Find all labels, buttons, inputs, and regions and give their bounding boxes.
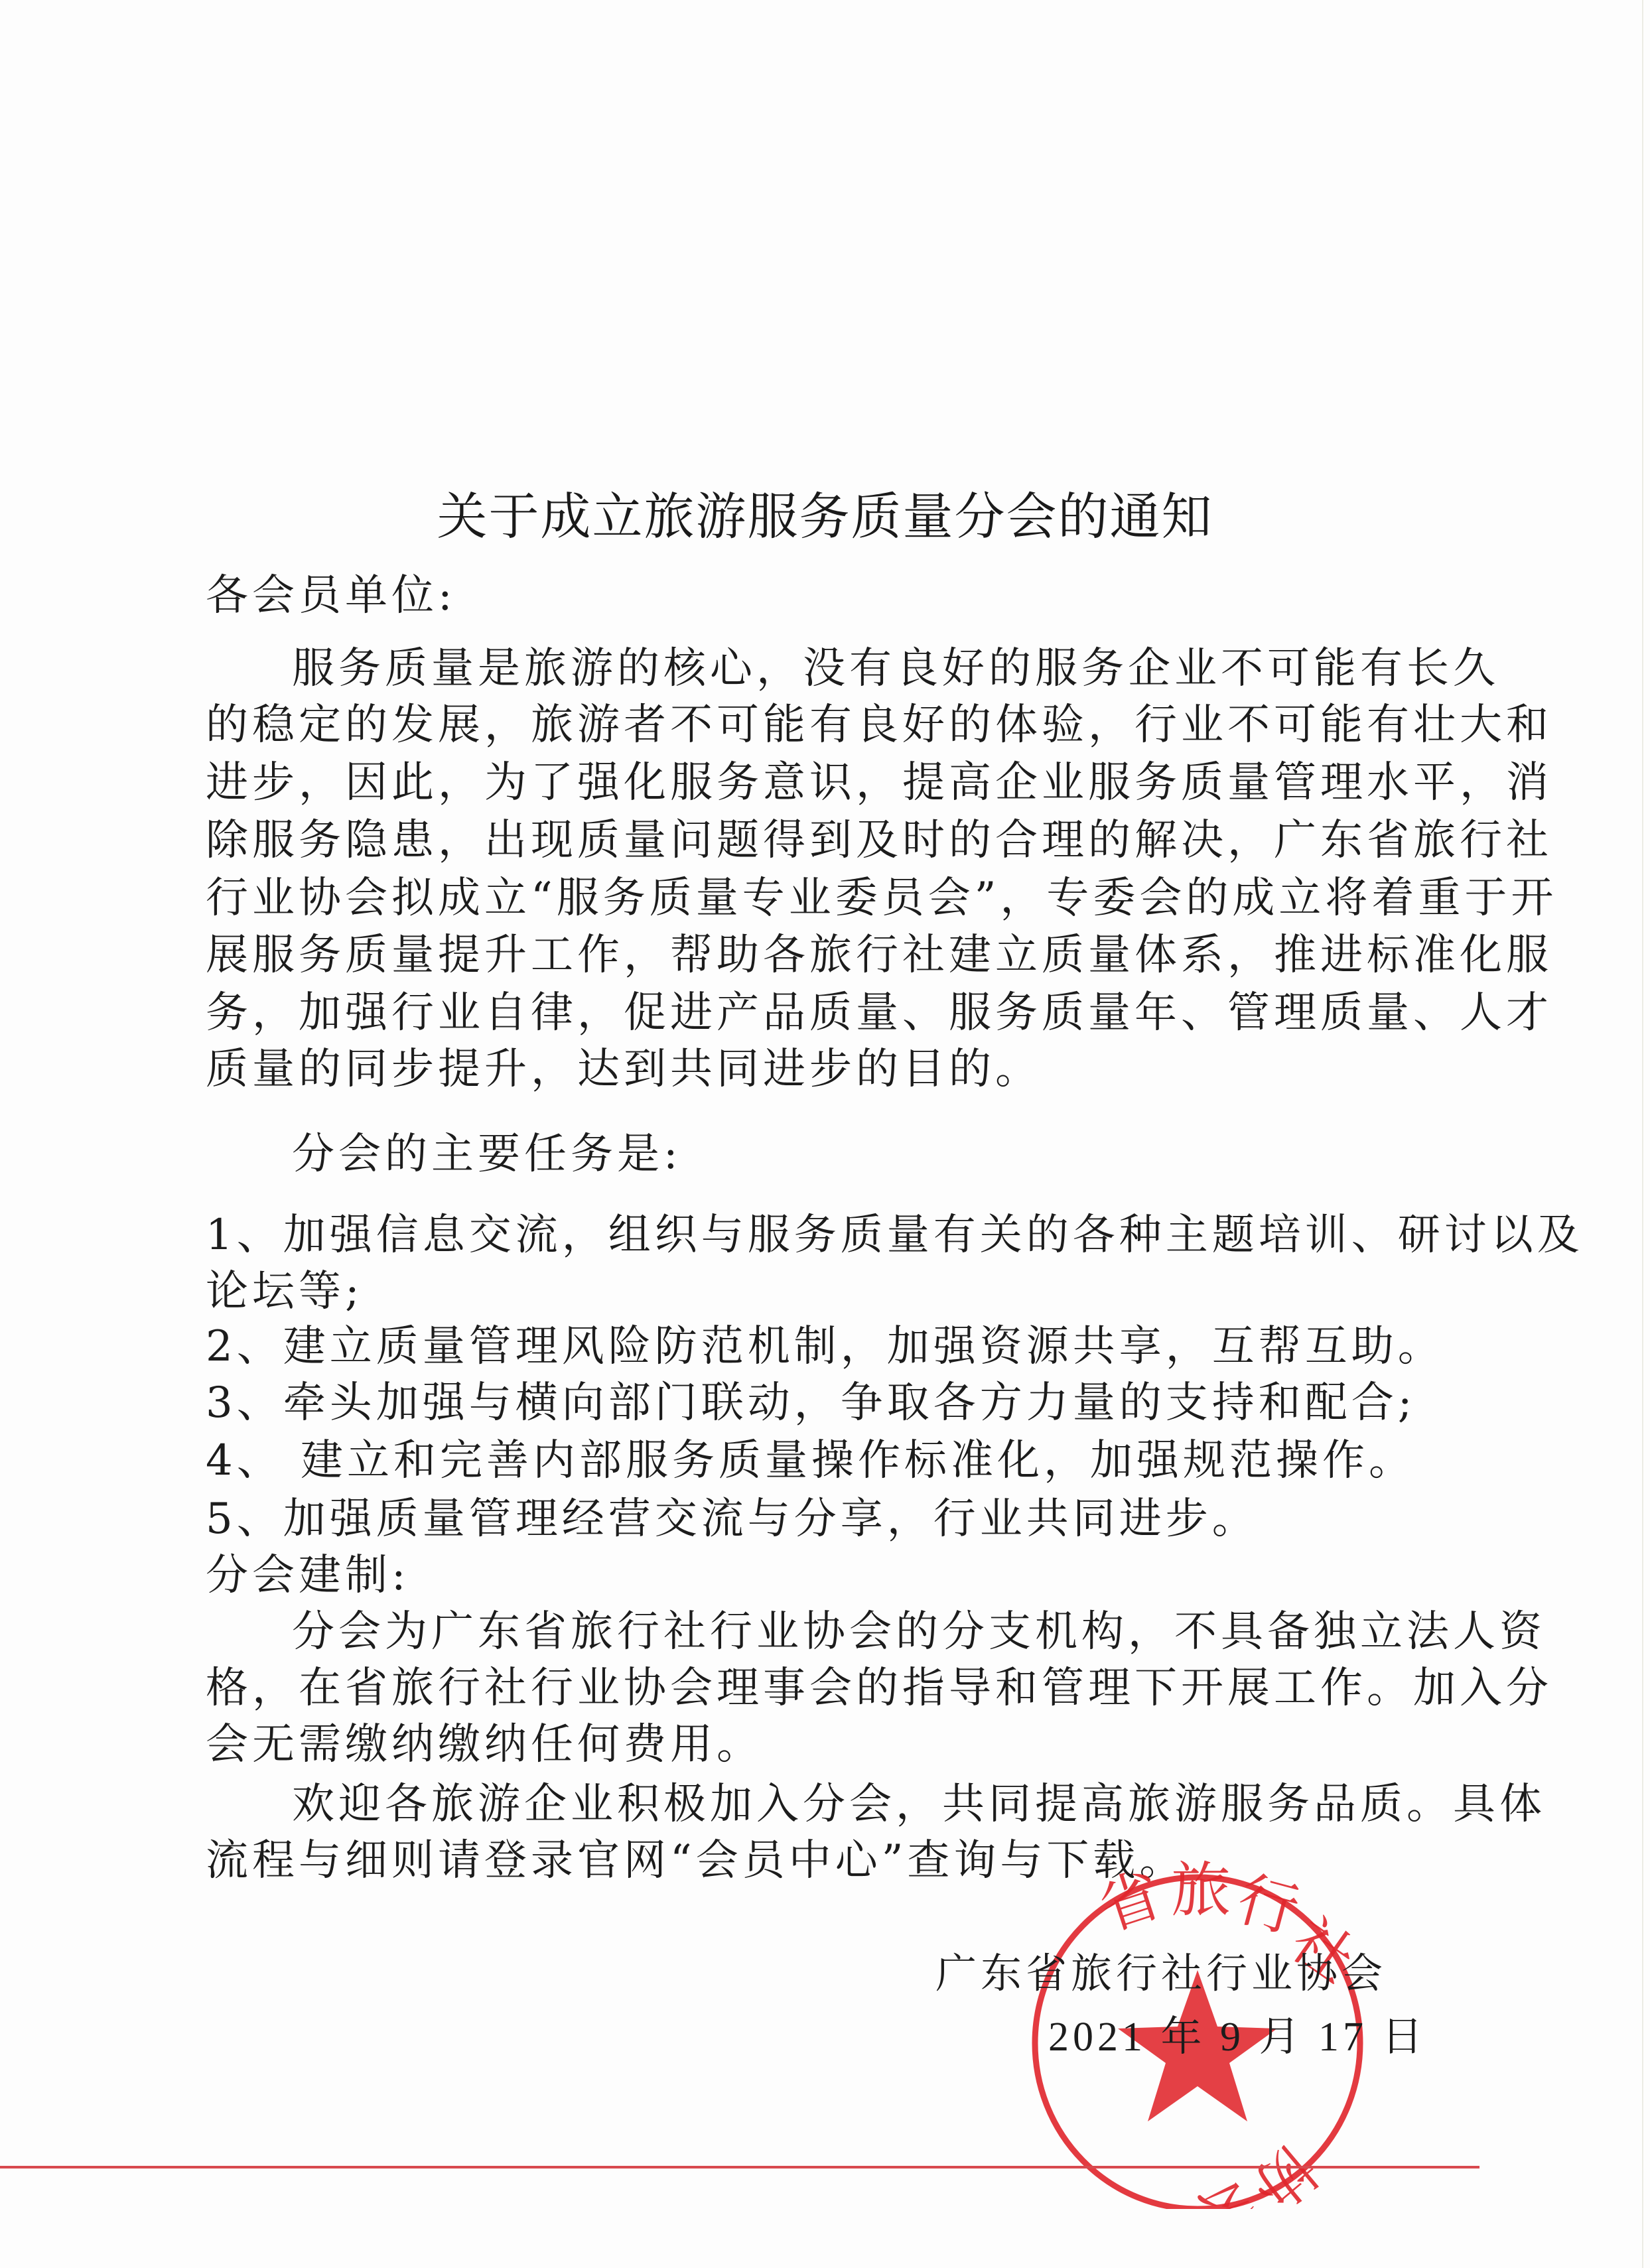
intro-line: 行业协会拟成立“服务质量专业委员会”，专委会的成立将着重于开 bbox=[206, 872, 1557, 925]
structure-line: 会无需缴纳缴纳任何费用。 bbox=[206, 1718, 763, 1771]
task-item: 4、 建立和完善内部服务质量操作标准化，加强规范操作。 bbox=[206, 1434, 1415, 1487]
intro-line: 展服务质量提升工作，帮助各旅行社建立质量体系，推进标准化服 bbox=[206, 929, 1552, 982]
structure-heading: 分会建制: bbox=[206, 1549, 410, 1602]
intro-line: 的稳定的发展，旅游者不可能有良好的体验，行业不可能有壮大和 bbox=[206, 699, 1552, 752]
task-item: 5、加强质量管理经营交流与分享，行业共同进步。 bbox=[206, 1493, 1259, 1546]
structure-line: 格，在省旅行社行业协会理事会的指导和管理下开展工作。加入分 bbox=[206, 1662, 1552, 1715]
intro-line: 进步，因此，为了强化服务意识，提高企业服务质量管理水平，消 bbox=[206, 756, 1552, 809]
welcome-line: 欢迎各旅游企业积极加入分会，共同提高旅游服务品质。具体 bbox=[292, 1778, 1546, 1831]
svg-text:会: 会 bbox=[1186, 2168, 1266, 2209]
task-item-continuation: 论坛等; bbox=[206, 1265, 364, 1318]
salutation: 各会员单位: bbox=[206, 569, 456, 622]
intro-line: 质量的同步提升，达到共同进步的目的。 bbox=[206, 1043, 1042, 1096]
tasks-heading: 分会的主要任务是: bbox=[292, 1128, 682, 1181]
intro-line: 除服务隐患，出现质量问题得到及时的合理的解决，广东省旅行社 bbox=[206, 814, 1552, 867]
structure-line: 分会为广东省旅行社行业协会的分支机构，不具备独立法人资 bbox=[292, 1605, 1546, 1658]
intro-line: 服务质量是旅游的核心，没有良好的服务企业不可能有长久 bbox=[292, 642, 1499, 695]
intro-line: 务，加强行业自律，促进产品质量、服务质量年、管理质量、人才 bbox=[206, 986, 1552, 1039]
signature-organization: 广东省旅行社行业协会 bbox=[935, 1940, 1387, 1999]
task-item: 3、牵头加强与横向部门联动，争取各方力量的支持和配合; bbox=[206, 1376, 1416, 1430]
page-edge bbox=[1642, 0, 1643, 2268]
svg-text:协: 协 bbox=[1237, 2131, 1330, 2209]
welcome-line: 流程与细则请登录官网“会员中心”查询与下载。 bbox=[206, 1834, 1186, 1887]
footer-rule bbox=[0, 2166, 1479, 2168]
task-item: 1、加强信息交流，组织与服务质量有关的各种主题培训、研讨以及 bbox=[206, 1209, 1584, 1262]
svg-text:行: 行 bbox=[1230, 1864, 1306, 1947]
document-page: 关于成立旅游服务质量分会的通知 各会员单位: 服务质量是旅游的核心，没有良好的服… bbox=[0, 0, 1650, 2268]
signature-date: 2021 年 9 月 17 日 bbox=[1048, 2003, 1427, 2062]
document-title: 关于成立旅游服务质量分会的通知 bbox=[0, 476, 1650, 549]
task-item: 2、建立质量管理风险防范机制，加强资源共享，互帮互助。 bbox=[206, 1320, 1444, 1373]
